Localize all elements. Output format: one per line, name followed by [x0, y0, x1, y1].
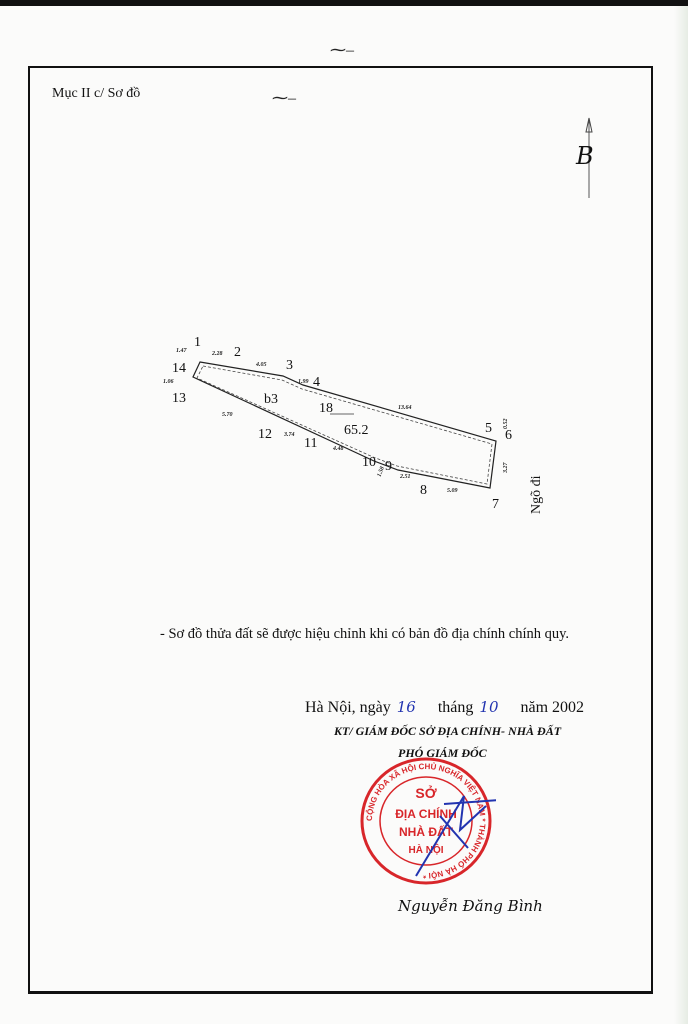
- date-day: 16: [397, 698, 416, 716]
- date-month-label: tháng: [438, 699, 474, 716]
- date-line: Hà Nội, ngày 16 tháng 10 năm 2002: [305, 698, 584, 717]
- official-stamp-icon: CỘNG HÒA XÃ HỘI CHỦ NGHĨA VIỆT NAM * THÀ…: [356, 756, 496, 886]
- point-12: 12: [258, 427, 272, 442]
- point-10: 10: [362, 455, 376, 470]
- date-year: năm 2002: [521, 699, 585, 716]
- dim-12-13: 5.70: [222, 412, 233, 418]
- dim-13-14: 1.06: [163, 379, 174, 385]
- organization-title: KT/ GIÁM ĐỐC SỞ ĐỊA CHÍNH- NHÀ ĐẤT: [334, 724, 561, 739]
- point-5: 5: [485, 421, 492, 436]
- parcel-diagram: 1 2 3 4 5 6 7 8 9 10 11 12 13 14 1.47 2.…: [0, 0, 688, 1024]
- point-9: 9: [385, 459, 392, 474]
- dim-3-4: 1.99: [298, 379, 309, 385]
- stamp-line-2: ĐỊA CHÍNH: [395, 806, 457, 821]
- dim-1-2: 2.28: [211, 351, 223, 357]
- date-month: 10: [479, 698, 498, 716]
- parcel-label: b3: [264, 392, 278, 407]
- dim-5-6: 0.52: [503, 419, 509, 430]
- road-label: Ngõ đi: [529, 475, 544, 514]
- stamp-line-1: SỞ: [415, 784, 436, 801]
- point-14: 14: [172, 361, 186, 376]
- date-prefix: Hà Nội, ngày: [305, 699, 391, 716]
- dim-7-8: 5.09: [447, 488, 458, 494]
- point-6: 6: [505, 428, 512, 443]
- note-text: - Sơ đồ thửa đất sẽ được hiệu chỉnh khi …: [160, 626, 569, 643]
- dim-4-5: 13.64: [398, 405, 412, 411]
- dim-2-3: 4.05: [255, 362, 267, 368]
- point-7: 7: [492, 497, 499, 512]
- point-8: 8: [420, 483, 427, 498]
- dim-10-11: 4.48: [332, 446, 344, 452]
- point-1: 1: [194, 335, 201, 350]
- point-4: 4: [313, 375, 320, 390]
- point-3: 3: [286, 358, 293, 373]
- point-2: 2: [234, 345, 241, 360]
- dim-8-9: 2.51: [399, 474, 411, 480]
- point-13: 13: [172, 391, 186, 406]
- parcel-area: 65.2: [344, 423, 369, 438]
- signer-name: Nguyễn Đăng Bình: [398, 897, 543, 915]
- dim-11-12: 3.74: [283, 432, 295, 438]
- stamp-line-4: HÀ NỘI: [409, 843, 444, 856]
- dim-1-14: 1.47: [176, 348, 188, 354]
- dim-6-7: 3.27: [503, 462, 509, 475]
- parcel-number: 18: [319, 401, 333, 416]
- point-11: 11: [304, 436, 317, 451]
